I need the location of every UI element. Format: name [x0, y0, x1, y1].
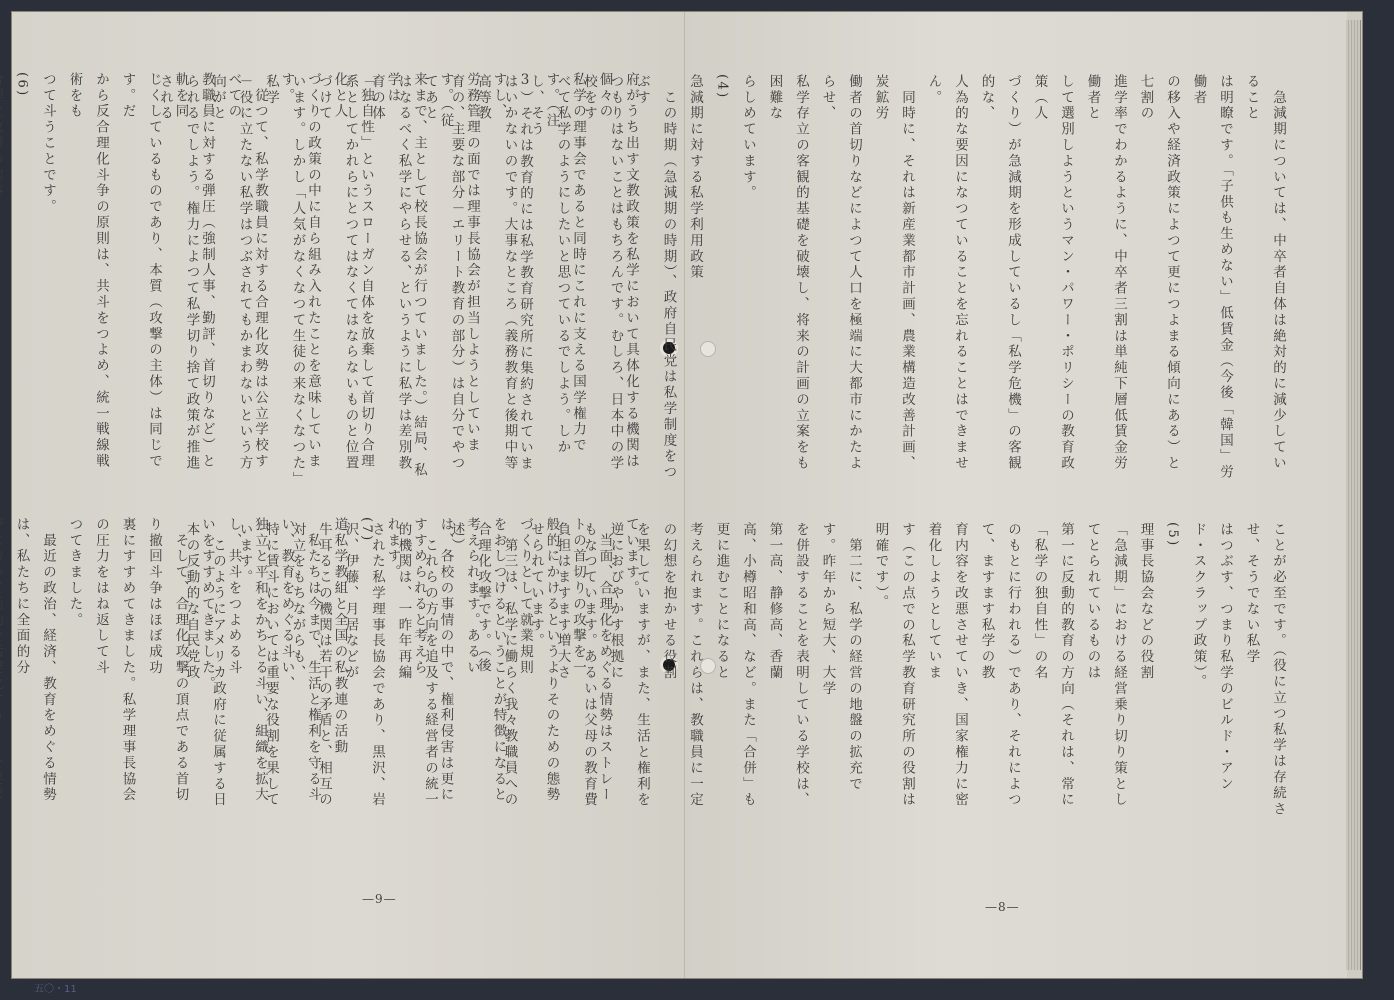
right-page: 急減期については、中卒者自体は絶対的に減少していること は明瞭です。「子供も生め… — [685, 12, 1347, 978]
paragraph: づくり）が急減期を形成しているし「私学危機」の客観的な、 — [973, 74, 1026, 484]
paragraph: べて私学のようにしたいと思つているでしよう。しかし、そう — [523, 74, 576, 484]
paragraph: を併設することを表明している学校は、第一高、静修高、香蘭 — [761, 522, 814, 822]
paragraph: から反合理化斗争の原則は、共斗をつよめ、統一戦線戦術をも — [61, 72, 114, 482]
paragraph: のもとに行われる）であり、それによつて、ますます私学の教 — [973, 522, 1026, 822]
paragraph: 述） — [443, 522, 470, 822]
paragraph: 最近の政治、経済、教育をめぐる情勢は、私たちに全面的分 — [8, 517, 61, 817]
paragraph: 野において活動を活発化することを要求しています。 — [0, 517, 8, 817]
paragraph: はなるべく私学にやらせる、というように私学は差別教育の体 — [364, 74, 417, 484]
paragraph: 第三は、私学に働らく我々教職員への合理化攻撃です。（後 — [470, 522, 523, 822]
paragraph: は明瞭です。「子供も生めない」低賃金（今後「韓国」労働者 — [1185, 74, 1238, 484]
paragraph: このようにアメリカ政府に従属する日本の反動的な自民党政 — [178, 522, 231, 822]
paragraph: 特に賃斗においては重要な役割を果しています。 — [231, 522, 284, 822]
paragraph: これらの方向を追及する経営者の統一的機関は、一昨年再編 — [390, 522, 443, 822]
paragraph: はつぶす、つまり私学のビルド・アンド・スクラップ政策）。 — [1185, 522, 1238, 822]
paragraph: つてきました。 — [61, 517, 88, 817]
paragraph: 考えられます。これらは、教職員に一定の幻想を抱かせる役割 — [655, 522, 708, 822]
page-stack-edge — [1346, 20, 1361, 970]
paragraph: 育の、主要な部分－エリート教育の部分）は自分でやつてあと — [417, 74, 470, 484]
section-title: 合理化攻撃の内容 — [0, 72, 8, 482]
right-top-text-block: 急減期については、中卒者自体は絶対的に減少していること は明瞭です。「子供も生め… — [152, 74, 1292, 484]
paragraph: はいかないのです。大事なところ（義務教育と後期中等高等教 — [470, 74, 523, 484]
paragraph: 働者の首切りなどによつて人口を極端に大都市にかたよらせ、 — [814, 74, 867, 484]
paragraph: 進学率でわかるように、中卒者三割は単純下層低賃金労働者と — [1079, 74, 1132, 484]
paragraph: 同時に、それは新産業都市計画、農業構造改善計画、炭鉱労 — [867, 74, 920, 484]
paragraph: 第二に、私学の経営の地盤の拡充です。昨年から短大、大学 — [814, 522, 867, 822]
paragraph: つて斗うことです。 — [35, 72, 62, 482]
section-title: 理事長協会などの役割 — [1132, 522, 1159, 822]
paragraph: された私学理事長協会であり、黒沢、岩沢、伊藤、月居などが — [337, 522, 390, 822]
paragraph: られるでしよう。権力によつて私学切り捨て政策が推進される — [152, 74, 205, 484]
section-number: (5) — [1159, 522, 1186, 822]
paragraph: 人為的な要因になつていることを忘れることはできません。 — [920, 74, 973, 484]
paragraph: 系としてかれらにとつてはなくてはならないものと位置づけて — [311, 74, 364, 484]
paragraph: す（この点での私学教育研究所の役割は明確です）。 — [867, 522, 920, 822]
booklet-spread: 府がうち出す文教政策を私学において具体化する機関は個々の 私学の理事会であると同… — [12, 12, 1362, 978]
section-number: (4) — [708, 74, 735, 484]
paragraph: います。しかし「人気がなくなつて生徒の来なくなつた」私学 — [258, 74, 311, 484]
paragraph: 第一に反動的教育の方向（それは、常に「私学の独自性」の名 — [1026, 522, 1079, 822]
page-number: —8— — [985, 900, 1020, 914]
paragraph: 急減期については、中卒者自体は絶対的に減少していること — [1238, 74, 1291, 484]
paragraph: を果していますが、また、生活と権利を逆におびやかす根拠に — [602, 522, 655, 822]
section-title: 急減期に対する私学利用政策 — [682, 74, 709, 484]
paragraph: らしめています。 — [735, 74, 762, 484]
paragraph: 育内容を改悪させていき、国家権力に密着化しようとしていま — [920, 522, 973, 822]
section-number: (6) — [8, 72, 35, 482]
paragraph: つもりはないことはもちろんです。むしろ、日本中の学校をす — [576, 74, 629, 484]
paragraph: 私学存立の客観的基礎を破壊し、将来の計画の立案をも困難な — [761, 74, 814, 484]
paragraph: 高、小樽昭和高、など。また「合併」も更に進むことになると — [708, 522, 761, 822]
paragraph: －役に立たない私学はつぶされてもかまわないという方向がと — [205, 74, 258, 484]
paragraph: の移入や経済政策によつて更につよまる傾向にある）と七割の — [1132, 74, 1185, 484]
right-bottom-text-block: ことが必至です。（役に立つ私学は存続させ、そうでない私学 はつぶす、つまり私学の… — [178, 522, 1291, 822]
paragraph: この時期（急減期の時期）、政府自民党は私学制度をつぶす — [629, 74, 682, 484]
paragraph: せられています。 — [523, 522, 550, 822]
paragraph: 「急減期」における経営乗り切り策としてとられているものは — [1079, 522, 1132, 822]
paragraph: 牛耳るこの機関は若干の矛盾と、相互の対立をもちながらも、 — [284, 522, 337, 822]
paragraph: して選別しようというマン・パワー・ポリシーの教育政策（人 — [1026, 74, 1079, 484]
paragraph: 裏にすすめてきました。私学理事長協会の圧力をはね返して斗 — [88, 517, 141, 817]
paragraph: もなつています。あるいは父母の教育費負担はますます増大さ — [549, 522, 602, 822]
page-number: —9— — [362, 892, 397, 906]
paragraph: ことが必至です。（役に立つ私学は存続させ、そうでない私学 — [1238, 522, 1291, 822]
margin-handwritten-note: 五〇・11 — [34, 980, 77, 995]
